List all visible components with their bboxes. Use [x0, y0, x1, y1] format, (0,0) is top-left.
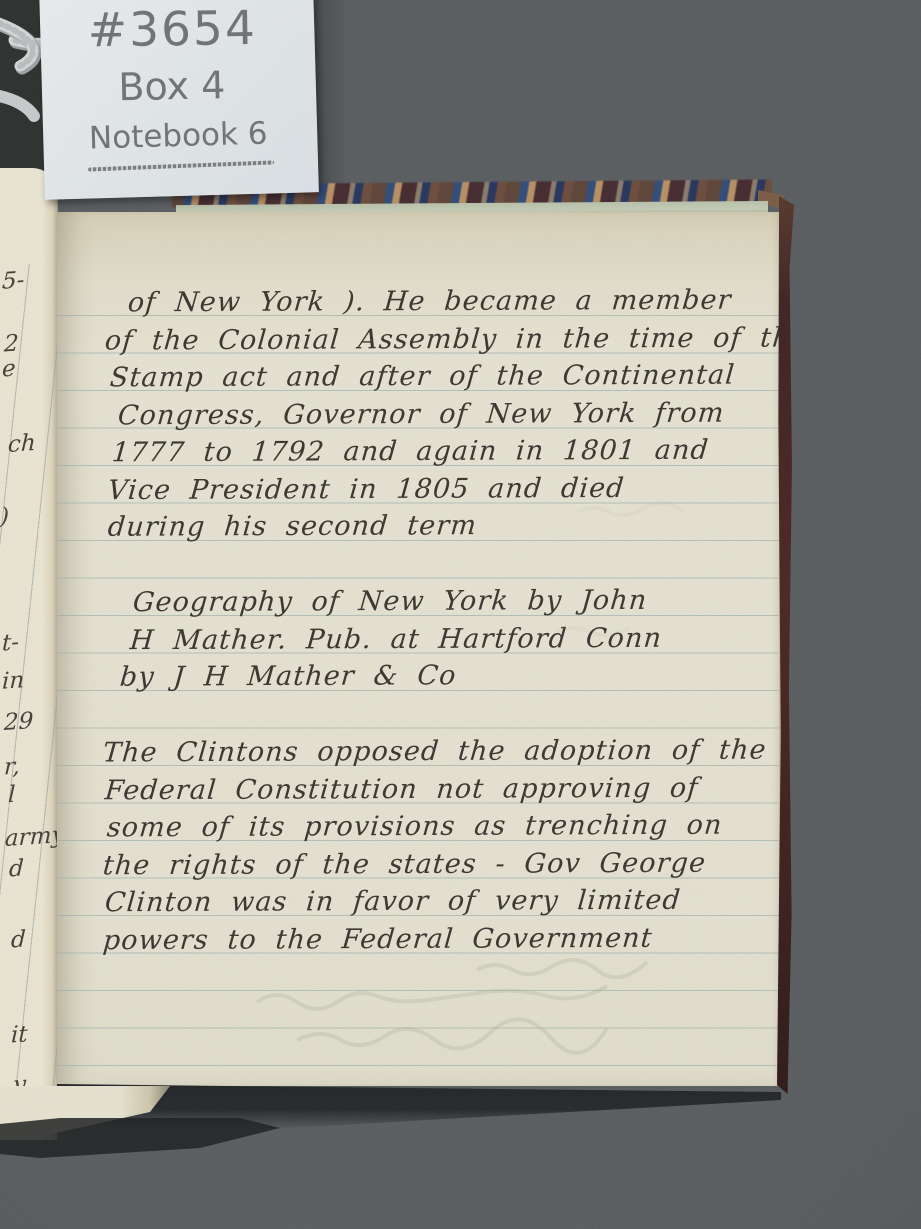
handwritten-line: The Clintons opposed the adoption of the — [101, 734, 768, 771]
page-fragment: 29 — [3, 708, 33, 736]
handwritten-line: Stamp act and after of the Continental — [108, 359, 736, 396]
handwritten-line: Vice President in 1805 and died — [106, 472, 626, 508]
handwritten-line: powers to the Federal Government — [101, 922, 654, 958]
book-under-shadow — [0, 1118, 280, 1158]
handwritten-line: H Mather. Pub. at Hartford Conn — [128, 622, 663, 658]
handwritten-line: Geography of New York by John — [131, 584, 648, 620]
label-box-number: Box 4 — [41, 62, 302, 111]
photo-of-notebook: 5- 2 e ch ) t- in 29 r, l army d d it y … — [0, 0, 921, 1229]
left-page-edge: 5- 2 e ch ) t- in 29 r, l army d d it y — [0, 168, 58, 1140]
handwritten-line: some of its provisions as trenching on — [105, 809, 724, 846]
page-fragment: in — [1, 667, 24, 694]
page-fragment: 5- — [1, 267, 24, 294]
label-notebook-number: Notebook 6 — [43, 114, 314, 158]
handwritten-line: Congress, Governor of New York from — [116, 397, 725, 434]
label-underline — [88, 160, 274, 171]
label-accession-number: #3654 — [40, 0, 305, 59]
notebook-right-page: of New York ). He became a member of the… — [57, 212, 781, 1086]
handwritten-line: by J H Mather & Co — [119, 659, 458, 694]
page-fragment: t- — [2, 629, 20, 656]
handwritten-line: Federal Constitution not approving of — [103, 772, 699, 809]
handwritten-line: of the Colonial Assembly in the time of … — [103, 321, 781, 358]
page-fragment: d — [11, 927, 27, 954]
page-fragment: r, — [4, 753, 21, 780]
page-fragment: l — [8, 782, 16, 808]
handwritten-line: 1777 to 1792 and again in 1801 and — [110, 434, 710, 471]
handwritten-line: Clinton was in favor of very limited — [103, 884, 682, 921]
page-fragment: it — [11, 1021, 29, 1048]
page-fragment: army — [4, 822, 58, 852]
page-fragment: 2 — [4, 331, 20, 358]
page-fragment: d — [9, 856, 25, 883]
handwritten-line: of New York ). He became a member — [126, 284, 733, 321]
page-fragment: ) — [0, 504, 9, 531]
page-fragment: e — [2, 356, 17, 383]
left-page-ruled-lines — [0, 264, 58, 1140]
page-fragment: ch — [7, 430, 36, 458]
handwritten-line: during his second term — [107, 509, 479, 545]
handwritten-line: the rights of the states - Gov George — [101, 847, 707, 884]
catalog-label: #3654 Box 4 Notebook 6 — [39, 0, 319, 200]
